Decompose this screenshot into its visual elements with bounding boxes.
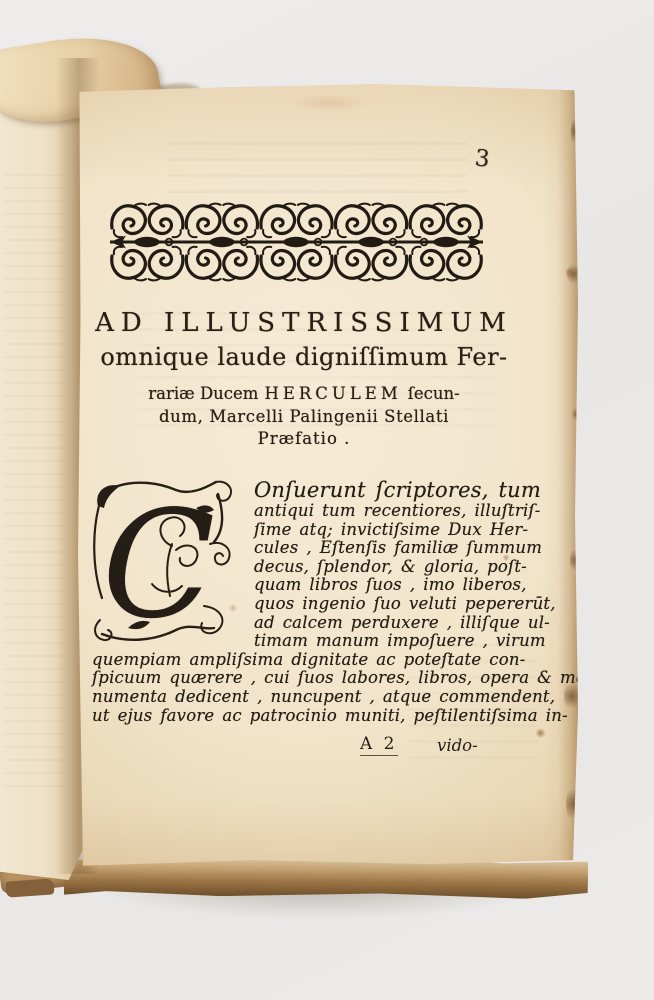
edge-stain (572, 406, 582, 422)
edge-stain (566, 784, 584, 824)
direction-line: A 2 vido- (92, 734, 524, 760)
foxing-stain (290, 94, 368, 112)
dedicatee-name: HERCULEM (264, 384, 401, 403)
fore-edge-toning (558, 84, 578, 868)
signature-mark: A 2 (360, 734, 398, 756)
book-page: 3 (78, 84, 578, 868)
page-number: 3 (474, 145, 491, 172)
woodcut-drop-cap: C (92, 480, 242, 643)
heading-line-2: omnique laude digniſſimum Fer- (86, 343, 522, 371)
svg-text:C: C (102, 480, 215, 643)
body-line: ſpicuum quærere , cui ſuos labores, libr… (92, 669, 524, 688)
show-through-text (168, 142, 468, 194)
bottom-left-cover-fragment (6, 878, 55, 897)
edge-stain (570, 546, 582, 574)
preface-text: C Onſuerunt ſcriptores, tum antiqui tum … (92, 478, 524, 725)
heading-line-1: AD ILLUSTRISSIMUM (86, 308, 522, 338)
heading-line-3: rariæ DucemHERCULEMſecun- (86, 384, 522, 403)
heading-line-5: Præfatio . (86, 429, 522, 448)
fleuron-headpiece (110, 198, 483, 286)
edge-stain (571, 114, 581, 148)
body-line: quempiam ampliſsima dignitate ac poteſta… (92, 651, 524, 670)
photo-background: 3 (0, 0, 654, 1000)
foxing-spot (565, 266, 574, 279)
body-line: numenta dedicent , nuncupent , atque com… (92, 688, 524, 707)
foxing-spot (535, 728, 546, 738)
body-line: ut ejus favore ac patrocinio muniti, peſ… (92, 707, 524, 726)
catchword: vido- (437, 736, 478, 755)
heading-line-4: dum, Marcelli Palingenii Stellati (86, 407, 522, 426)
